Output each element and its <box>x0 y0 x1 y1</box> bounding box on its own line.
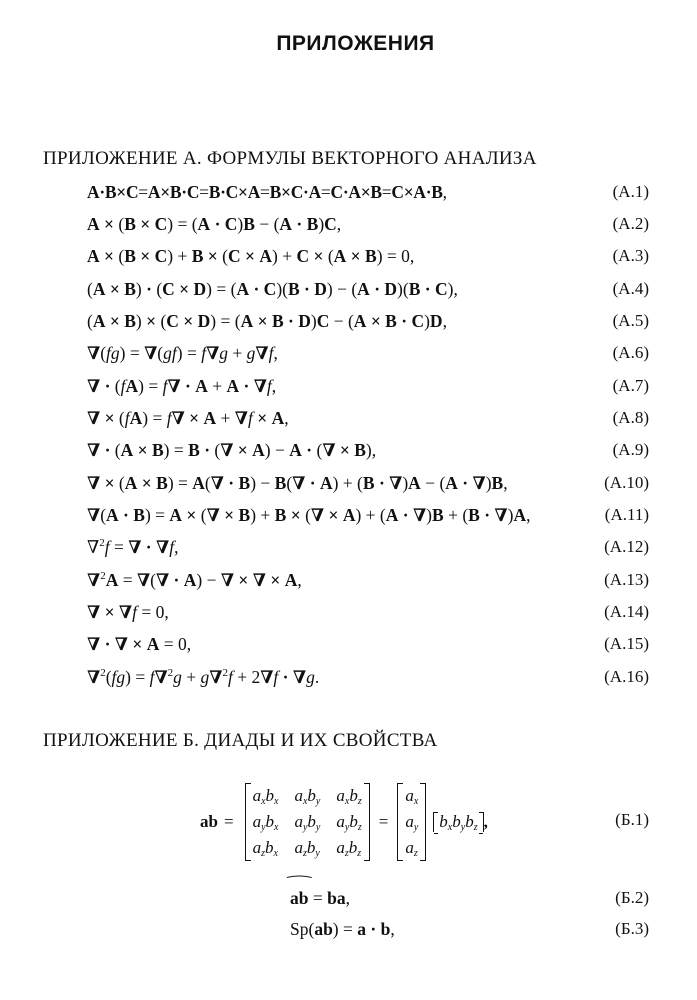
equation-formula: ab = ba, <box>290 888 350 909</box>
transpose-tilde: ab <box>290 888 308 909</box>
matrix-cell: aybx <box>253 811 279 833</box>
matrix-cell: aybz <box>336 811 361 833</box>
equation-row: A × (B × C) = (A · C)B − (A · B)C,(A.2) <box>87 214 649 240</box>
equation-row: ∇ · (fA) = f∇ · A + A · ∇f,(A.7) <box>87 376 649 402</box>
equation-row: ∇2f = ∇ · ∇f,(A.12) <box>87 537 649 563</box>
equals-sign: = <box>379 812 389 832</box>
equation-number: (A.10) <box>604 473 649 493</box>
section-heading-appendix-b: ПРИЛОЖЕНИЕ Б. ДИАДЫ И ИХ СВОЙСТВА <box>43 730 438 752</box>
equation-number: (A.6) <box>613 343 649 363</box>
equation-number: (A.7) <box>613 376 649 396</box>
equation-formula: (A × B) · (C × D) = (A · C)(B · D) − (A … <box>87 279 458 300</box>
trailing-comma: , <box>484 812 488 832</box>
equation-formula: A × (B × C) = (A · C)B − (A · B)C, <box>87 214 341 235</box>
equation-row: ∇ × (A × B) = A(∇ · B) − B(∇ · A) + (B ·… <box>87 473 649 499</box>
equation-row: A × (B × C) + B × (C × A) + C × (A × B) … <box>87 246 649 272</box>
equation-row: ∇2(fg) = f∇2g + g∇2f + 2∇f · ∇g.(A.16) <box>87 667 649 693</box>
equation-row: ∇(A · B) = A × (∇ × B) + B × (∇ × A) + (… <box>87 505 649 531</box>
equation-number: (A.9) <box>613 440 649 460</box>
equation-number: (A.1) <box>613 182 649 202</box>
dyad-matrix: axbxaxbyaxbzaybxaybyaybzazbxazbyazbz <box>245 783 370 861</box>
equation-row: ∇ × ∇f = 0,(A.14) <box>87 602 649 628</box>
equation-row: ∇ · (A × B) = B · (∇ × A) − A · (∇ × B),… <box>87 440 649 466</box>
equation-formula: ∇2f = ∇ · ∇f, <box>87 537 178 558</box>
matrix-cell: axbx <box>253 785 279 807</box>
equation-row: ∇ · ∇ × A = 0,(A.15) <box>87 634 649 660</box>
equation-formula: ∇ · (fA) = f∇ · A + A · ∇f, <box>87 376 276 397</box>
equation-number: (A.8) <box>613 408 649 428</box>
equation-formula: A·B×C=A×B·C=B·C×A=B×C·A=C·A×B=C×A·B, <box>87 182 447 203</box>
matrix-cell: axby <box>294 785 320 807</box>
equation-number: (A.11) <box>605 505 649 525</box>
vector-cell: ax <box>405 785 418 807</box>
equation-number: (A.4) <box>613 279 649 299</box>
row-vector-b: bxbybz <box>433 812 483 832</box>
vector-cell: az <box>405 837 418 859</box>
equation-formula: ∇2(fg) = f∇2g + g∇2f + 2∇f · ∇g. <box>87 667 319 688</box>
equation-row: Sp(ab) = a · b,(Б.3) <box>290 919 649 945</box>
equation-formula: A × (B × C) + B × (C × A) + C × (A × B) … <box>87 246 414 267</box>
equation-formula: Sp(ab) = a · b, <box>290 919 395 940</box>
equation-formula: ∇ · (A × B) = B · (∇ × A) − A · (∇ × B), <box>87 440 376 461</box>
vector-cell: ay <box>405 811 418 833</box>
equals-sign: = <box>224 812 234 832</box>
equation-formula: ∇ × ∇f = 0, <box>87 602 169 623</box>
dyad-equation: ab = axbxaxbyaxbzaybxaybyaybzazbxazbyazb… <box>200 778 488 866</box>
equation-formula: ∇ · ∇ × A = 0, <box>87 634 191 655</box>
matrix-cell: azby <box>294 837 320 859</box>
equation-row: ∇2A = ∇(∇ · A) − ∇ × ∇ × A,(A.13) <box>87 570 649 596</box>
equation-number: (A.5) <box>613 311 649 331</box>
equation-number: (A.12) <box>604 537 649 557</box>
dyad-lhs: ab <box>200 812 218 832</box>
equation-number: (Б.3) <box>615 919 649 939</box>
equation-row: ∇ × (fA) = f∇ × A + ∇f × A,(A.8) <box>87 408 649 434</box>
equation-number: (A.15) <box>604 634 649 654</box>
equation-formula: ∇2A = ∇(∇ · A) − ∇ × ∇ × A, <box>87 570 302 591</box>
equation-row: (A × B) × (C × D) = (A × B · D)C − (A × … <box>87 311 649 337</box>
equation-number: (Б.1) <box>615 810 649 830</box>
equation-row: (A × B) · (C × D) = (A · C)(B · D) − (A … <box>87 279 649 305</box>
equation-row: A·B×C=A×B·C=B·C×A=B×C·A=C·A×B=C×A·B,(A.1… <box>87 182 649 208</box>
equation-number: (A.13) <box>604 570 649 590</box>
matrix-cell: ayby <box>294 811 320 833</box>
equation-number: (Б.2) <box>615 888 649 908</box>
column-vector-a: axayaz <box>397 783 426 861</box>
equation-formula: ∇ × (A × B) = A(∇ · B) − B(∇ · A) + (B ·… <box>87 473 508 494</box>
page-title: ПРИЛОЖЕНИЯ <box>0 32 697 56</box>
equation-number: (A.16) <box>604 667 649 687</box>
equation-number: (A.2) <box>613 214 649 234</box>
equation-number: (A.3) <box>613 246 649 266</box>
equation-formula: ∇(fg) = ∇(gf) = f∇g + g∇f, <box>87 343 278 364</box>
equation-row: ∇(fg) = ∇(gf) = f∇g + g∇f,(A.6) <box>87 343 649 369</box>
section-heading-appendix-a: ПРИЛОЖЕНИЕ А. ФОРМУЛЫ ВЕКТОРНОГО АНАЛИЗА <box>43 148 537 170</box>
equation-formula: ∇ × (fA) = f∇ × A + ∇f × A, <box>87 408 289 429</box>
equation-formula: ∇(A · B) = A × (∇ × B) + B × (∇ × A) + (… <box>87 505 530 526</box>
equation-formula: (A × B) × (C × D) = (A × B · D)C − (A × … <box>87 311 447 332</box>
matrix-cell: axbz <box>336 785 361 807</box>
equation-number: (A.14) <box>604 602 649 622</box>
matrix-cell: azbx <box>253 837 279 859</box>
matrix-cell: azbz <box>336 837 361 859</box>
equation-row: ab = ba,(Б.2) <box>290 888 649 914</box>
